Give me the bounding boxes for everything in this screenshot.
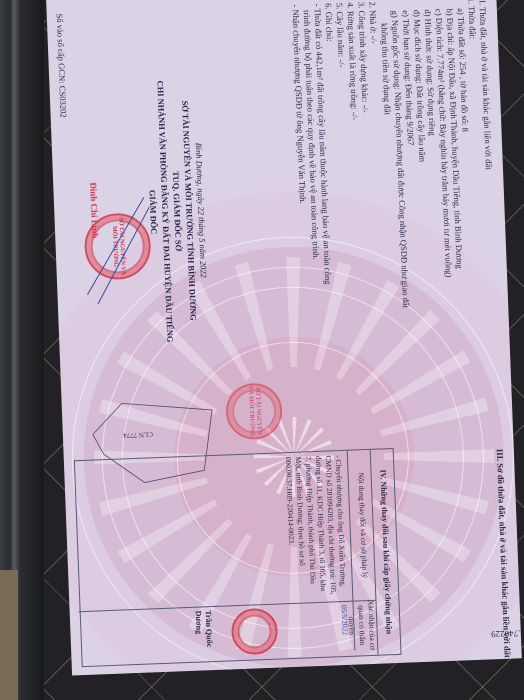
signature-scribble [74,192,159,315]
certificate-sheet: II. Thửa đất, nhà ở và tài sản khác gắn … [46,0,522,675]
change-entry: - Chuyển nhượng cho ông Đỗ Xuân Trường, … [279,451,353,603]
stamp-text: SỞ TÀI NGUYÊN VÀ MÔI TRƯỜNG [246,385,262,437]
branch-stamp [231,608,279,656]
confirmation-column: Xác nhận của cơ quan có thẩm quyền 05/5/… [79,600,379,661]
door-sill [0,570,18,700]
certificate-photo: II. Thửa đất, nhà ở và tài sản khác gắn … [46,0,524,675]
section-ii: II. Thửa đất, nhà ở và tài sản khác gắn … [291,0,501,312]
changes-table: IV. Những thay đổi sau khi cấp giấy chứn… [74,448,402,667]
changes-column: Nội dung thay đổi và cơ sở pháp lý - Chu… [73,450,377,612]
door-frame [0,0,44,700]
confirming-signer: Trần Quốc Dương [189,606,219,657]
certificate-serial: ...740229 [491,628,522,639]
confirmation-column-header: Xác nhận của cơ quan có thẩm quyền [352,600,378,651]
svg-text:CLN 7774: CLN 7774 [123,430,154,439]
